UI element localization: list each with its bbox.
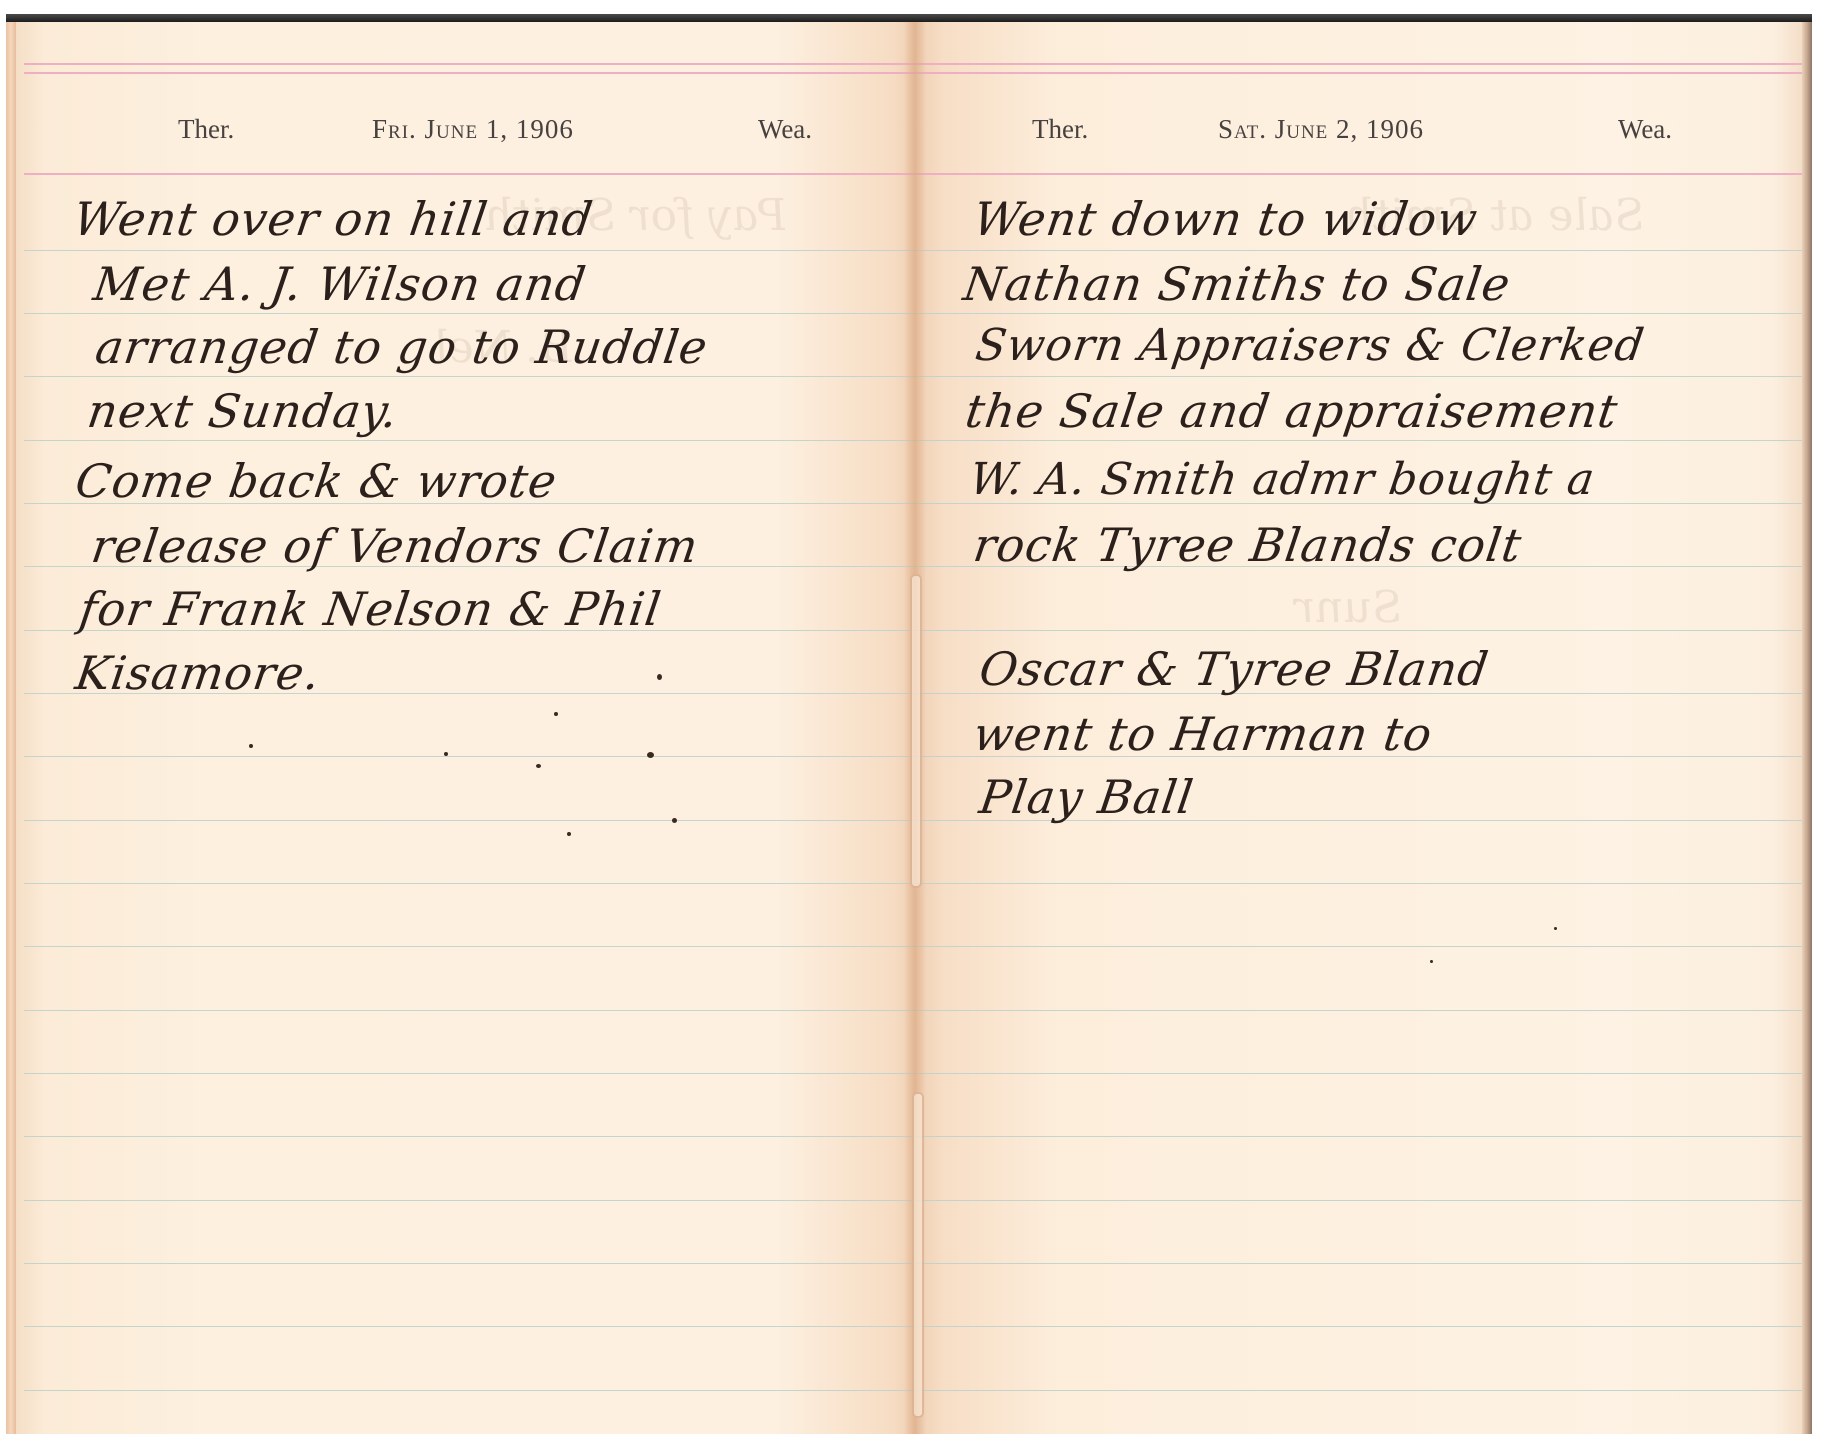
entry-line: Went down to widow xyxy=(970,192,1481,246)
entry-line: Play Ball xyxy=(976,770,1197,824)
entry-line: arranged to go to Ruddle xyxy=(92,320,711,374)
header-top-rule xyxy=(24,63,914,65)
wea-label: Wea. xyxy=(1618,114,1672,145)
page-edge-left xyxy=(6,22,16,1434)
wea-label: Wea. xyxy=(758,114,812,145)
entry-line: went to Harman to xyxy=(970,707,1436,761)
header-top-rule-2 xyxy=(914,72,1804,74)
entry-line: release of Vendors Claim xyxy=(88,519,702,573)
entry-line: Come back & wrote xyxy=(72,454,560,508)
right-page-header: Ther. Sat. June 2, 1906 Wea. xyxy=(914,114,1804,154)
entry-line: Went over on hill and xyxy=(70,192,596,246)
entry-line: W. A. Smith admr bought a xyxy=(966,454,1598,505)
binding-stitch xyxy=(912,1092,924,1418)
entry-line: Met A. J. Wilson and xyxy=(90,257,590,311)
entry-line: Sworn Appraisers & Clerked xyxy=(972,320,1647,371)
entry-line: the Sale and appraisement xyxy=(962,384,1621,438)
diary-spread: Ther. Fri. June 1, 1906 Wea. Pay for Smi… xyxy=(6,14,1812,1434)
page-date: Sat. June 2, 1906 xyxy=(1218,114,1424,145)
entry-line: Nathan Smiths to Sale xyxy=(960,257,1514,311)
header-bottom-rule xyxy=(914,173,1804,175)
ther-label: Ther. xyxy=(1032,114,1088,145)
entry-line: for Frank Nelson & Phil xyxy=(76,582,665,636)
header-top-rule xyxy=(914,63,1804,65)
page-edge-right xyxy=(1802,22,1812,1434)
left-page-header: Ther. Fri. June 1, 1906 Wea. xyxy=(14,114,914,154)
book-cover-edge xyxy=(6,14,1812,22)
entry-line: Oscar & Tyree Bland xyxy=(976,642,1492,696)
ther-label: Ther. xyxy=(178,114,234,145)
entry-line: Kisamore. xyxy=(72,646,324,700)
binding-stitch xyxy=(910,574,922,888)
right-page: Ther. Sat. June 2, 1906 Wea. Sale at Smi… xyxy=(914,22,1804,1434)
header-bottom-rule xyxy=(24,173,914,175)
header-top-rule-2 xyxy=(24,72,914,74)
entry-line: next Sunday. xyxy=(84,384,402,438)
left-page: Ther. Fri. June 1, 1906 Wea. Pay for Smi… xyxy=(14,22,914,1434)
page-date: Fri. June 1, 1906 xyxy=(372,114,574,145)
entry-line: rock Tyree Blands colt xyxy=(970,518,1525,572)
